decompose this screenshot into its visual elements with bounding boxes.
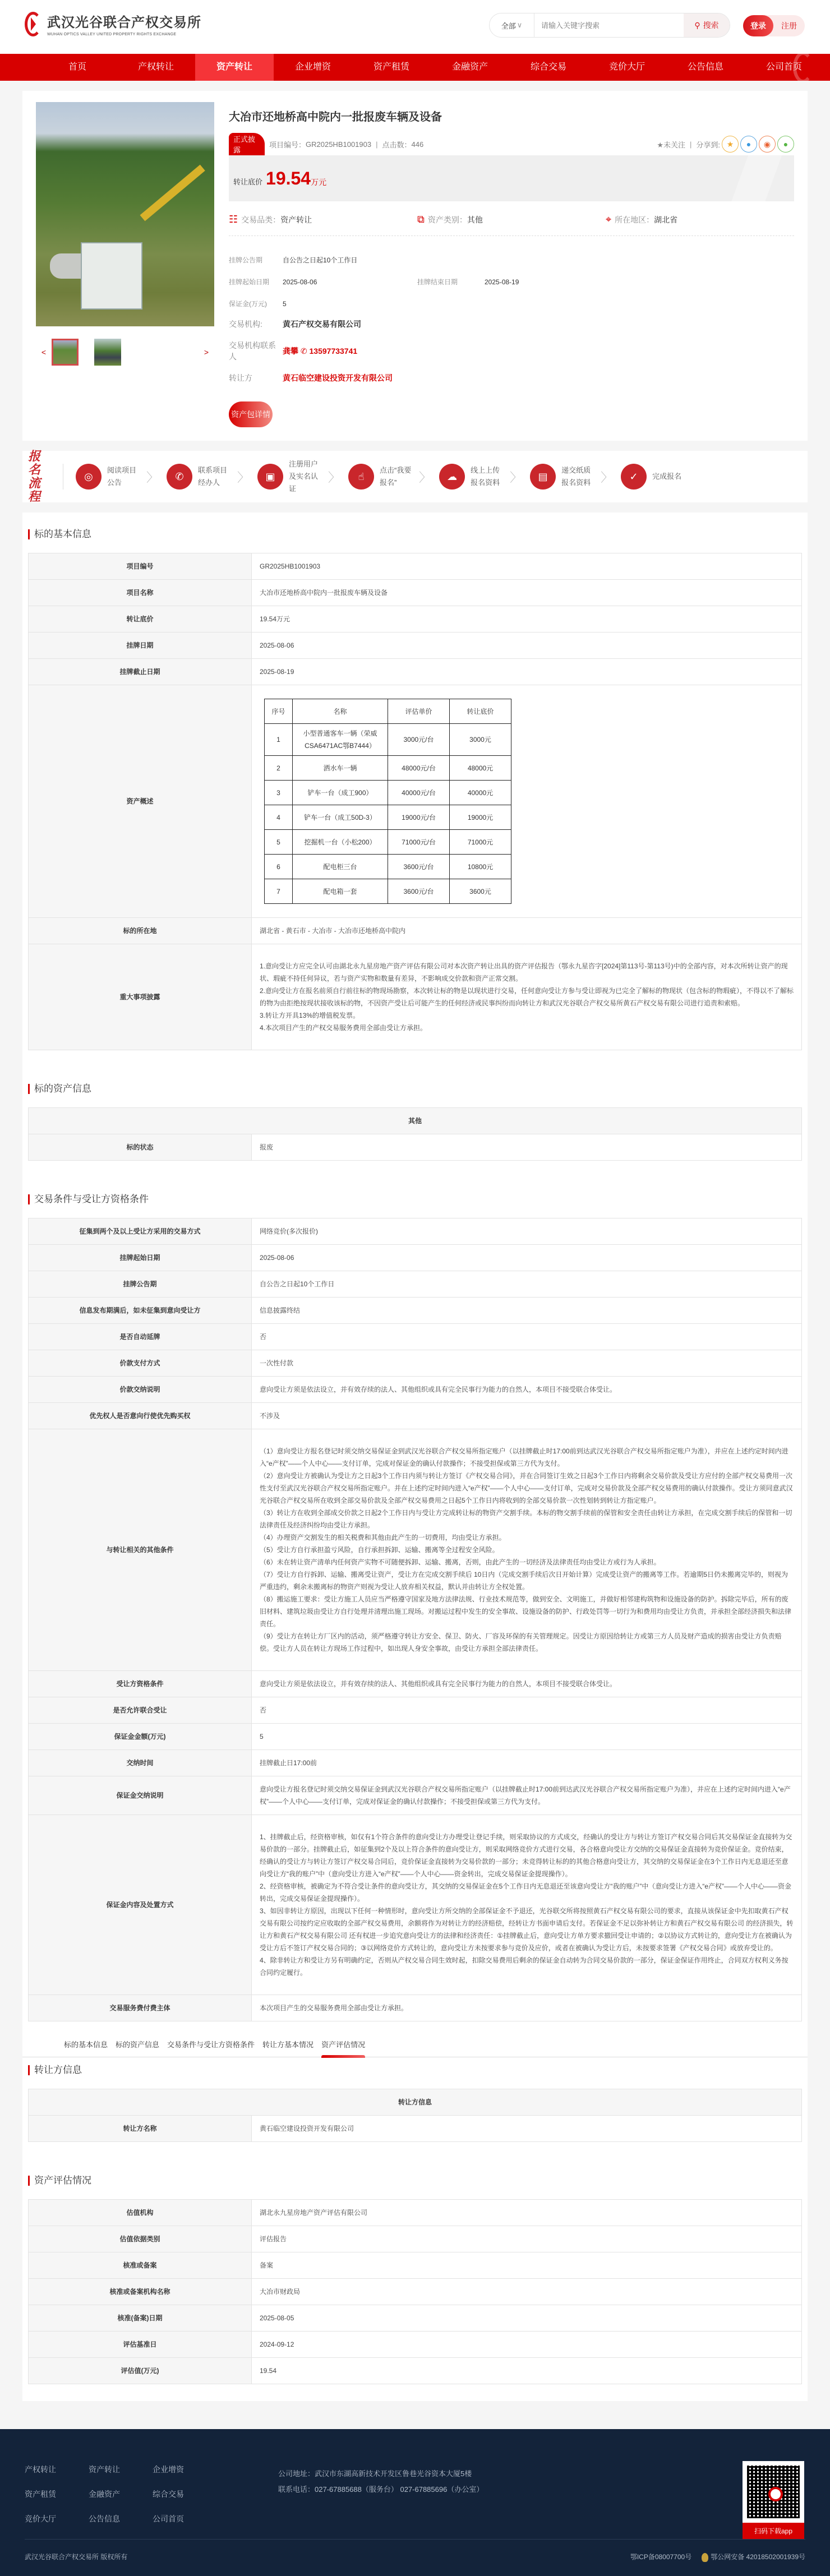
table-cell: 4 <box>265 805 293 830</box>
paragraph: （4）办理资产交割发生的相关税费和其他由此产生的一切费用，均由受让方承担。 <box>260 1531 794 1544</box>
row-label: 与转让相关的其他条件 <box>29 1429 252 1671</box>
table-cell: 2 <box>265 756 293 781</box>
row-label: 评估值(万元) <box>29 2358 252 2384</box>
paragraph: （5）受让方自行承担盈亏风险，自行承担拆卸、运输、搬离等全过程安全风险。 <box>260 1544 794 1556</box>
footer-link[interactable]: 资产租赁 <box>25 2489 89 2500</box>
follow-label: 未关注 <box>663 141 685 149</box>
footer-contact: 公司地址：武汉市东湖高新技术开发区鲁巷光谷资本大厦5楼 联系电话：027-678… <box>278 2466 483 2497</box>
table-cell: 3600元/台 <box>388 855 450 879</box>
paragraph: 1.意向受让方应完全认可由湖北永九星房地产资产评估有限公司对本次资产转让出具的资… <box>260 960 794 985</box>
nav-item[interactable]: 产权转让 <box>117 54 195 81</box>
nav-item[interactable]: 综合交易 <box>509 54 588 81</box>
footer-link[interactable]: 综合交易 <box>153 2489 216 2500</box>
table-cell: 挖掘机一台（小松200） <box>293 830 388 855</box>
table-row: 与转让相关的其他条件（1）意向受让方报名登记时须交纳交易保证金到武汉光谷联合产权… <box>29 1429 802 1671</box>
basic-info-table: 项目编号GR2025HB1001903项目名称大冶市还地桥高中院内一批报废车辆及… <box>28 553 802 1050</box>
row-value: 2024-09-12 <box>252 2332 802 2358</box>
tab[interactable]: 标的资产信息 <box>116 2033 159 2057</box>
row-value: 网络竞价(多次报价) <box>252 1218 802 1245</box>
detail-content: 标的基本信息 项目编号GR2025HB1001903项目名称大冶市还地桥高中院内… <box>22 513 808 2401</box>
paragraph: （2）意向受让方被确认为受让方之日起3个工作日内须与转让方签订《产权交易合同》，… <box>260 1470 794 1507</box>
table-row: 挂牌日期2025-08-06 <box>29 633 802 659</box>
chevron-right-icon: 〉 <box>328 468 340 486</box>
row-label: 价款支付方式 <box>29 1350 252 1377</box>
company-phone: 联系电话：027-67885688（服务台） 027-67885696（办公室） <box>278 2482 483 2497</box>
table-row: 4铲车一台（成工50D-3）19000元/台19000元 <box>265 805 511 830</box>
attr-value: 资产转让 <box>280 214 312 225</box>
listing-details: 挂牌公告期 自公告之日起10个工作日 挂牌起始日期 2025-08-06 挂牌结… <box>229 255 794 308</box>
contact-name: 龚攀 <box>283 347 298 356</box>
column-header: 转让底价 <box>450 699 511 724</box>
row-value: 挂牌截止日17:00前 <box>252 1750 802 1776</box>
footer-link[interactable]: 企业增资 <box>153 2464 216 2475</box>
contact-info[interactable]: 龚攀 ✆ 13597733741 <box>283 345 794 357</box>
asset-overview-table: 序号名称评估单价转让底价1小型普通客车一辆（荣威CSA6471AC鄂B7444）… <box>264 699 511 904</box>
row-value: 大冶市还地桥高中院内一批报废车辆及设备 <box>252 580 802 606</box>
table-cell: 10800元 <box>450 855 511 879</box>
site-header: 武汉光谷联合产权交易所 WUHAN OPTICS VALLEY UNITED P… <box>0 0 830 54</box>
process-step-label: 注册用户及实名认证 <box>289 458 324 495</box>
basic-info-section: 标的基本信息 项目编号GR2025HB1001903项目名称大冶市还地桥高中院内… <box>22 513 808 1061</box>
table-row: 项目编号GR2025HB1001903 <box>29 553 802 580</box>
qr-label: 扫码下载app <box>743 2523 804 2540</box>
category-icon: ☷ <box>229 214 238 225</box>
column-header: 评估单价 <box>388 699 450 724</box>
row-value: 信息披露终结 <box>252 1298 802 1324</box>
cloud-upload-icon: ☁ <box>439 464 465 490</box>
logo-title: 武汉光谷联合产权交易所 <box>47 11 201 31</box>
table-row: 项目名称大冶市还地桥高中院内一批报废车辆及设备 <box>29 580 802 606</box>
main-photo[interactable] <box>36 102 214 326</box>
nav-item[interactable]: 企业增资 <box>274 54 352 81</box>
deposit-value: 5 <box>283 300 794 308</box>
chevron-right-icon: 〉 <box>601 468 613 486</box>
table-cell: 6 <box>265 855 293 879</box>
table-cell: 48000元/台 <box>388 756 450 781</box>
process-step: ☁线上上传报名资料〉 <box>439 464 530 490</box>
row-label: 估值机构 <box>29 2200 252 2226</box>
paragraph: （7）受让方自行拆卸、运输、搬离受让资产，受让方在完成交割手续后 10日内（完成… <box>260 1568 794 1593</box>
table-row: 1小型普通客车一辆（荣威CSA6471AC鄂B7444）3000元/台3000元 <box>265 724 511 756</box>
paragraph: 3、如因非转让方原因，出现以下任何一种情形时，意向受让方所交纳的全部保证金不予退… <box>260 1905 794 1954</box>
attr-label: 交易品类： <box>241 214 280 225</box>
paragraph: （8）搬运施工要求：受让方施工人员应当严格遵守国家及地方法律法规、行业技术规范等… <box>260 1593 794 1630</box>
row-label: 是否允许联合受让 <box>29 1697 252 1724</box>
table-row: 信息发布期满后，如未征集到意向受让方信息披露终结 <box>29 1298 802 1324</box>
table-row: 交易服务费付费主体本次项目产生的交易服务费用全部由受让方承担。 <box>29 1995 802 2021</box>
qq-icon[interactable]: ● <box>740 136 757 153</box>
table-row: 2洒水车一辆48000元/台48000元 <box>265 756 511 781</box>
search-bar: 全部∨ ⚲搜索 <box>489 13 730 38</box>
table-row: 资产概述序号名称评估单价转让底价1小型普通客车一辆（荣威CSA6471AC鄂B7… <box>29 685 802 918</box>
table-row: 重大事项披露1.意向受让方应完全认可由湖北永九星房地产资产评估有限公司对本次资产… <box>29 944 802 1050</box>
asset-info-table: 其他标的状态报废 <box>28 1107 802 1161</box>
row-label: 标的所在地 <box>29 918 252 944</box>
chevron-right-icon: 〉 <box>146 468 159 486</box>
process-step: ✓完成报名 <box>621 464 687 490</box>
price-unit: 万元 <box>311 177 326 188</box>
paragraph: 2.意向受让方在报名前须自行前往标的物现场勘察，本次转让标的物是以现状进行交易，… <box>260 985 794 1009</box>
row-value: 序号名称评估单价转让底价1小型普通客车一辆（荣威CSA6471AC鄂B7444）… <box>252 685 802 918</box>
thumbnail-strip: < > <box>36 338 214 367</box>
follow-button[interactable]: ★未关注 <box>657 139 685 150</box>
phone-icon: ✆ <box>301 347 307 356</box>
table-cell: 3600元/台 <box>388 879 450 904</box>
row-label: 优先权人是否意向行使优先购买权 <box>29 1403 252 1429</box>
row-label: 是否自动延牌 <box>29 1324 252 1350</box>
table-cell: 7 <box>265 879 293 904</box>
process-step: ▤递交纸质报名资料〉 <box>530 464 621 490</box>
status-badge: 正式披露 <box>229 133 265 155</box>
paragraph: 4.本次项目产生的产权交易服务费用全部由受让方承担。 <box>260 1022 794 1034</box>
company-address: 公司地址：武汉市东湖高新技术开发区鲁巷光谷资本大厦5楼 <box>278 2466 483 2482</box>
logo-subtitle: WUHAN OPTICS VALLEY UNITED PROPERTY RIGH… <box>47 33 201 36</box>
footer-bottom: 武汉光谷联合产权交易所 版权所有 鄂ICP备08007700号 鄂公网安备 42… <box>25 2539 805 2562</box>
layers-icon: ⧉ <box>417 214 425 225</box>
wechat-icon[interactable]: ● <box>777 136 794 153</box>
table-row: 核准或备案机构名称大冶市财政局 <box>29 2279 802 2305</box>
footer-link[interactable]: 金融资产 <box>89 2489 153 2500</box>
chevron-right-icon: 〉 <box>237 468 250 486</box>
row-value: 否 <box>252 1324 802 1350</box>
listing-period-label: 挂牌公告期 <box>229 255 283 265</box>
paragraph: 2、经资格审核，被确定为不符合受让条件的意向受让方，其交纳的交易保证金在5个工作… <box>260 1880 794 1905</box>
row-value: 19.54万元 <box>252 606 802 633</box>
table-cell: 19000元 <box>450 805 511 830</box>
row-value: 黄石临空建设投资开发有限公司 <box>252 2116 802 2142</box>
row-value: 大冶市财政局 <box>252 2279 802 2305</box>
row-label: 核准(备案)日期 <box>29 2305 252 2332</box>
site-logo[interactable]: 武汉光谷联合产权交易所 WUHAN OPTICS VALLEY UNITED P… <box>25 11 201 36</box>
login-button[interactable]: 登录 <box>743 15 773 36</box>
table-cell: 3000元/台 <box>388 724 450 756</box>
row-value: 自公告之日起10个工作日 <box>252 1271 802 1298</box>
nav-item[interactable]: 竞价大厅 <box>588 54 666 81</box>
row-value: 不涉及 <box>252 1403 802 1429</box>
table-header-row: 序号名称评估单价转让底价 <box>265 699 511 724</box>
table-cell: 3000元 <box>450 724 511 756</box>
price-box: 转让底价 19.54 万元 <box>229 155 794 201</box>
site-footer: 产权转让资产转让企业增资资产租赁金融资产综合交易竞价大厅公告信息公司首页 公司地… <box>0 2429 830 2576</box>
phone-icon: ✆ <box>167 464 192 490</box>
process-step-label: 递交纸质报名资料 <box>561 464 596 489</box>
register-button[interactable]: 注册 <box>773 20 805 31</box>
valuation-section: 资产评估情况 估值机构湖北永九星房地产资产评估有限公司估值依据类别评估报告核准或… <box>22 2153 808 2401</box>
row-value: 湖北永九星房地产资产评估有限公司 <box>252 2200 802 2226</box>
transferor-section: 转让方信息 转让方信息转让方名称黄石临空建设投资开发有限公司 <box>22 2057 808 2153</box>
row-value: 否 <box>252 1697 802 1724</box>
column-header: 序号 <box>265 699 293 724</box>
police-badge-icon <box>702 2553 708 2562</box>
table-cell: 小型普通客车一辆（荣威CSA6471AC鄂B7444） <box>293 724 388 756</box>
hand-pointer-icon: ☝ <box>348 464 374 490</box>
row-label: 保证金交纳说明 <box>29 1776 252 1815</box>
row-value: 意向受让方须是依法设立，并有效存续的法人、其他组织或具有完全民事行为能力的自然人… <box>252 1377 802 1403</box>
footer-link[interactable]: 产权转让 <box>25 2464 89 2475</box>
section-title: 转让方信息 <box>28 2065 802 2075</box>
row-label: 核准或备案 <box>29 2252 252 2279</box>
nav-item[interactable]: 资产租赁 <box>352 54 431 81</box>
row-label: 转让方名称 <box>29 2116 252 2142</box>
check-icon: ✓ <box>621 464 647 490</box>
section-title: 标的基本信息 <box>28 529 802 539</box>
process-step-label: 点击“我要报名” <box>380 464 414 489</box>
institution-label: 交易机构: <box>229 318 283 330</box>
table-row: 标的所在地湖北省 - 黄石市 - 大冶市 - 大冶市还地桥高中院内 <box>29 918 802 944</box>
row-value: 意向受让方报名登记时须交纳交易保证金到武汉光谷联合产权交易所指定账户（以挂牌截止… <box>252 1776 802 1815</box>
divider: | <box>690 140 691 149</box>
table-row: 5挖掘机一台（小松200）71000元/台71000元 <box>265 830 511 855</box>
row-label: 核准或备案机构名称 <box>29 2279 252 2305</box>
table-cell: 铲车一台（成工50D-3） <box>293 805 388 830</box>
search-icon: ⚲ <box>694 21 700 30</box>
table-row: 转让底价19.54万元 <box>29 606 802 633</box>
footer-link[interactable]: 资产转让 <box>89 2464 153 2475</box>
table-cell: 配电柜三台 <box>293 855 388 879</box>
section-title: 交易条件与受让方资格条件 <box>28 1194 802 1204</box>
chevron-left-icon[interactable]: < <box>36 348 52 357</box>
row-value: 2025-08-05 <box>252 2305 802 2332</box>
table-cell: 铲车一台（成工900） <box>293 781 388 805</box>
process-step-label: 联系项目经办人 <box>198 464 233 489</box>
table-cell: 1 <box>265 724 293 756</box>
attr-value: 其他 <box>467 214 483 225</box>
paragraph: 3.转让方开具13%的增值税发票。 <box>260 1009 794 1022</box>
row-value: 1、挂牌截止后，经资格审核，如仅有1个符合条件的意向受让方办理受让登记手续，则采… <box>252 1815 802 1995</box>
nav-item[interactable]: 金融资产 <box>431 54 509 81</box>
product-title: 大冶市还地桥高中院内一批报废车辆及设备 <box>229 108 794 124</box>
table-header: 其他 <box>29 1108 802 1134</box>
row-value: 评估报告 <box>252 2226 802 2252</box>
deposit-label: 保证金(万元) <box>229 299 283 308</box>
registration-process: 报名流程 ◎阅读项目公告〉✆联系项目经办人〉▣注册用户及实名认证〉☝点击“我要报… <box>22 451 808 502</box>
thumbnail[interactable] <box>52 339 79 366</box>
table-row: 转让方名称黄石临空建设投资开发有限公司 <box>29 2116 802 2142</box>
footer-link[interactable]: 竞价大厅 <box>25 2513 89 2524</box>
product-info: 大冶市还地桥高中院内一批报废车辆及设备 正式披露 项目编号： GR2025HB1… <box>229 102 794 427</box>
clicks-label: 点击数： <box>382 139 412 150</box>
table-row: 挂牌公告期自公告之日起10个工作日 <box>29 1271 802 1298</box>
asset-package-detail-button[interactable]: 资产包详情 <box>229 401 273 427</box>
table-cell: 71000元/台 <box>388 830 450 855</box>
auth-buttons: 登录 注册 <box>743 15 805 36</box>
contact-label: 交易机构联系人 <box>229 340 283 362</box>
icp-link[interactable]: 鄂ICP备08007700号 <box>630 2552 691 2561</box>
table-row: 评估值(万元)19.54 <box>29 2358 802 2384</box>
process-step-label: 完成报名 <box>652 470 687 483</box>
table-row: 价款支付方式一次性付款 <box>29 1350 802 1377</box>
table-cell: 71000元 <box>450 830 511 855</box>
logo-icon <box>25 12 41 36</box>
table-cell: 40000元/台 <box>388 781 450 805</box>
row-value: 本次项目产生的交易服务费用全部由受让方承担。 <box>252 1995 802 2021</box>
weibo-icon[interactable]: ◉ <box>759 136 776 153</box>
row-value: 湖北省 - 黄石市 - 大冶市 - 大冶市还地桥高中院内 <box>252 918 802 944</box>
contact-phone: 13597733741 <box>310 347 358 356</box>
row-label: 保证金金额(万元) <box>29 1724 252 1750</box>
row-value: （1）意向受让方报名登记时须交纳交易保证金到武汉光谷联合产权交易所指定账户（以挂… <box>252 1429 802 1671</box>
row-label: 征集到两个及以上受让方采用的交易方式 <box>29 1218 252 1245</box>
row-label: 挂牌公告期 <box>29 1271 252 1298</box>
section-tabs: 标的基本信息标的资产信息交易条件与受让方资格条件转让方基本情况资产评估情况 <box>22 2033 808 2057</box>
chevron-right-icon: 〉 <box>419 468 431 486</box>
process-step: ☝点击“我要报名”〉 <box>348 464 439 490</box>
table-row: 是否自动延牌否 <box>29 1324 802 1350</box>
paragraph: （9）受让方在转让方厂区内的活动，须严格遵守转让方安全、保卫、防火、厂容及环保的… <box>260 1630 794 1655</box>
column-header: 名称 <box>293 699 388 724</box>
qzone-icon[interactable]: ★ <box>722 136 739 153</box>
listing-period: 自公告之日起10个工作日 <box>283 255 794 265</box>
police-record-link[interactable]: 鄂公网安备 42018502001939号 <box>702 2552 805 2562</box>
divider <box>63 464 63 490</box>
price-label: 转让底价 <box>233 176 262 187</box>
chevron-right-icon: 〉 <box>510 468 522 486</box>
process-step: ◎阅读项目公告〉 <box>76 464 167 490</box>
divider: | <box>376 140 377 149</box>
asset-info-section: 标的资产信息 其他标的状态报废 <box>22 1061 808 1172</box>
row-label: 标的状态 <box>29 1134 252 1161</box>
row-value: 意向受让方须是依法设立，并有效存续的法人、其他组织或具有完全民事行为能力的自然人… <box>252 1671 802 1697</box>
row-label: 挂牌截止日期 <box>29 659 252 685</box>
row-label: 转让底价 <box>29 606 252 633</box>
attr-label: 资产类别： <box>428 214 467 225</box>
row-label: 挂牌日期 <box>29 633 252 659</box>
search-button-label: 搜索 <box>703 20 719 31</box>
valuation-table: 估值机构湖北永九星房地产资产评估有限公司估值依据类别评估报告核准或备案备案核准或… <box>28 2199 802 2384</box>
table-cell: 40000元 <box>450 781 511 805</box>
row-value: 2025-08-06 <box>252 1245 802 1271</box>
row-label: 交易服务费付费主体 <box>29 1995 252 2021</box>
table-row: 核准(备案)日期2025-08-05 <box>29 2305 802 2332</box>
table-row: 受让方资格条件意向受让方须是依法设立，并有效存续的法人、其他组织或具有完全民事行… <box>29 1671 802 1697</box>
table-cell: 48000元 <box>450 756 511 781</box>
transferor-label: 转让方 <box>229 372 283 384</box>
table-cell: 配电箱一套 <box>293 879 388 904</box>
row-label: 价款交纳说明 <box>29 1377 252 1403</box>
institution-details: 交易机构: 黄石产权交易有限公司 交易机构联系人 龚攀 ✆ 1359773374… <box>229 318 794 384</box>
end-date-label: 挂牌结束日期 <box>417 277 485 287</box>
logo-watermark-icon <box>793 54 813 81</box>
table-row: 保证金内容及处置方式1、挂牌截止后，经资格审核，如仅有1个符合条件的意向受让方办… <box>29 1815 802 1995</box>
row-value: 5 <box>252 1724 802 1750</box>
table-row: 征集到两个及以上受让方采用的交易方式网络竞价(多次报价) <box>29 1218 802 1245</box>
chevron-right-icon[interactable]: > <box>199 348 214 357</box>
id-card-icon: ▣ <box>257 464 283 490</box>
transferor-name[interactable]: 黄石临空建设投资开发有限公司 <box>283 372 794 384</box>
table-row: 交纳时间挂牌截止日17:00前 <box>29 1750 802 1776</box>
thumbnail[interactable] <box>94 339 121 366</box>
table-row: 核准或备案备案 <box>29 2252 802 2279</box>
paragraph: （6）未在转让资产清单内任何资产实物不可随便拆卸、运输、搬离，否则，由此产生的一… <box>260 1556 794 1568</box>
table-header: 转让方信息 <box>29 2089 802 2116</box>
police-record-text: 鄂公网安备 42018502001939号 <box>711 2553 805 2561</box>
table-row: 挂牌截止日期2025-08-19 <box>29 659 802 685</box>
image-gallery: < > <box>36 102 214 427</box>
table-row: 估值依据类别评估报告 <box>29 2226 802 2252</box>
table-cell: 3600元 <box>450 879 511 904</box>
row-value: 2025-08-19 <box>252 659 802 685</box>
table-row: 挂牌起始日期2025-08-06 <box>29 1245 802 1271</box>
paragraph: 1、挂牌截止后，经资格审核，如仅有1个符合条件的意向受让方办理受让登记手续，则采… <box>260 1831 794 1880</box>
transferor-table: 转让方信息转让方名称黄石临空建设投资开发有限公司 <box>28 2089 802 2142</box>
tab[interactable]: 交易条件与受让方资格条件 <box>167 2033 255 2057</box>
start-date-label: 挂牌起始日期 <box>229 277 283 287</box>
table-cell: 19000元/台 <box>388 805 450 830</box>
star-icon: ★ <box>657 141 663 149</box>
tab[interactable]: 标的基本信息 <box>64 2033 108 2057</box>
chevron-down-icon: ∨ <box>517 21 523 30</box>
price-value: 19.54 <box>266 168 311 189</box>
search-button[interactable]: ⚲搜索 <box>684 13 730 37</box>
row-label: 估值依据类别 <box>29 2226 252 2252</box>
search-input[interactable] <box>534 21 684 30</box>
start-date: 2025-08-06 <box>283 278 417 286</box>
table-cell: 5 <box>265 830 293 855</box>
row-value: 一次性付款 <box>252 1350 802 1377</box>
table-row: 价款交纳说明意向受让方须是依法设立，并有效存续的法人、其他组织或具有完全民事行为… <box>29 1377 802 1403</box>
attr-label: 所在地区： <box>615 214 654 225</box>
process-title: 报名流程 <box>28 450 50 504</box>
row-label: 挂牌起始日期 <box>29 1245 252 1271</box>
process-step: ✆联系项目经办人〉 <box>167 464 257 490</box>
document-icon: ▤ <box>530 464 556 490</box>
tab[interactable]: 资产评估情况 <box>321 2033 365 2057</box>
table-row: 7配电箱一套3600元/台3600元 <box>265 879 511 904</box>
row-value: 19.54 <box>252 2358 802 2384</box>
table-cell: 3 <box>265 781 293 805</box>
copyright: 武汉光谷联合产权交易所 版权所有 <box>25 2552 127 2562</box>
table-row: 估值机构湖北永九星房地产资产评估有限公司 <box>29 2200 802 2226</box>
section-title: 标的资产信息 <box>28 1084 802 1094</box>
row-label: 受让方资格条件 <box>29 1671 252 1697</box>
eye-icon: ◎ <box>76 464 102 490</box>
nav-item[interactable]: 资产转让 <box>195 54 274 81</box>
process-step-label: 线上上传报名资料 <box>471 464 505 489</box>
table-row: 保证金金额(万元)5 <box>29 1724 802 1750</box>
row-label: 重大事项披露 <box>29 944 252 1050</box>
table-row: 评估基准日2024-09-12 <box>29 2332 802 2358</box>
table-row: 标的状态报废 <box>29 1134 802 1161</box>
location-pin-icon: ⌖ <box>606 214 611 225</box>
nav-item[interactable]: 公告信息 <box>666 54 745 81</box>
row-label: 保证金内容及处置方式 <box>29 1815 252 1995</box>
main-nav: 首页产权转让资产转让企业增资资产租赁金融资产综合交易竞价大厅公告信息公司首页 <box>0 54 830 81</box>
row-value: 1.意向受让方应完全认可由湖北永九星房地产资产评估有限公司对本次资产转让出具的资… <box>252 944 802 1050</box>
row-label: 交纳时间 <box>29 1750 252 1776</box>
row-value: 报废 <box>252 1134 802 1161</box>
table-row: 优先权人是否意向行使优先购买权不涉及 <box>29 1403 802 1429</box>
paragraph: （3）转让方在收到全部成交价款之日起2个工作日内与受让方完成转让标的物资产交割手… <box>260 1507 794 1531</box>
process-step-label: 阅读项目公告 <box>107 464 142 489</box>
institution-name: 黄石产权交易有限公司 <box>283 318 794 330</box>
tab[interactable]: 转让方基本情况 <box>262 2033 313 2057</box>
search-scope-label: 全部 <box>501 20 516 31</box>
footer-link[interactable]: 公司首页 <box>153 2513 216 2524</box>
table-header-row: 其他 <box>29 1108 802 1134</box>
conditions-table: 征集到两个及以上受让方采用的交易方式网络竞价(多次报价)挂牌起始日期2025-0… <box>28 1218 802 2021</box>
process-step: ▣注册用户及实名认证〉 <box>257 458 348 495</box>
table-row: 保证金交纳说明意向受让方报名登记时须交纳交易保证金到武汉光谷联合产权交易所指定账… <box>29 1776 802 1815</box>
app-qr-code[interactable]: 扫码下载app <box>743 2461 804 2540</box>
table-header-row: 转让方信息 <box>29 2089 802 2116</box>
paragraph: 4、除非转让方和受让方另有明确约定，否则从产权交易合同生效时起，扣除交易费用后剩… <box>260 1954 794 1979</box>
search-scope-select[interactable]: 全部∨ <box>490 13 534 37</box>
product-summary: < > 大冶市还地桥高中院内一批报废车辆及设备 正式披露 项目编号： GR202… <box>22 91 808 441</box>
project-no-label: 项目编号： <box>269 139 306 150</box>
table-row: 6配电柜三台3600元/台10800元 <box>265 855 511 879</box>
footer-link[interactable]: 公告信息 <box>89 2513 153 2524</box>
nav-item[interactable]: 首页 <box>38 54 117 81</box>
